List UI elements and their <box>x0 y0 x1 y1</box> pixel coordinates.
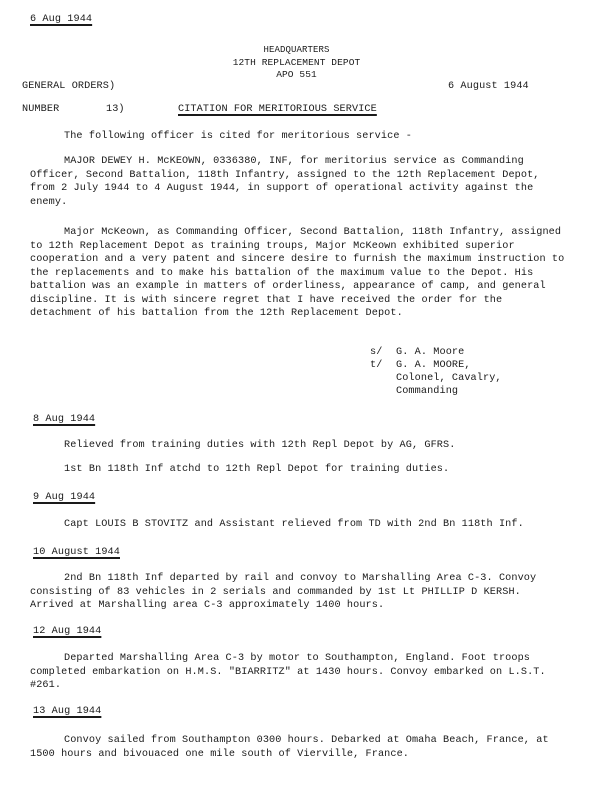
citation-paragraph-2: Major McKeown, as Commanding Officer, Se… <box>30 226 570 321</box>
citation-intro: The following officer is cited for merit… <box>64 131 412 142</box>
entry-10-aug-paragraph: 2nd Bn 118th Inf departed by rail and co… <box>30 572 570 613</box>
typed-name: G. A. MOORE, <box>396 359 471 372</box>
entry-date-9-aug: 9 Aug 1944 <box>33 492 95 503</box>
general-orders-label: GENERAL ORDERS) <box>22 81 115 92</box>
hq-line-1: HEADQUARTERS <box>0 45 593 55</box>
number-value: 13) <box>106 104 125 115</box>
typed-prefix: t/ <box>370 359 382 372</box>
signed-name: G. A. Moore <box>396 346 464 359</box>
entry-9-aug-line-1: Capt LOUIS B STOVITZ and Assistant relie… <box>64 519 524 530</box>
entry-date-10-aug: 10 August 1944 <box>33 547 120 558</box>
citation-paragraph-1: MAJOR DEWEY H. McKEOWN, 0336380, INF, fo… <box>30 155 570 209</box>
entry-date-6-aug: 6 Aug 1944 <box>30 14 92 25</box>
entry-8-aug-line-1: Relieved from training duties with 12th … <box>64 440 455 451</box>
entry-12-aug-paragraph: Departed Marshalling Area C-3 by motor t… <box>30 652 570 693</box>
hq-line-2: 12TH REPLACEMENT DEPOT <box>0 57 593 68</box>
number-label: NUMBER <box>22 104 59 115</box>
entry-date-13-aug: 13 Aug 1944 <box>33 706 101 717</box>
order-date: 6 August 1944 <box>448 81 529 92</box>
entry-date-8-aug: 8 Aug 1944 <box>33 414 95 425</box>
hq-line-3: APO 551 <box>0 69 593 80</box>
entry-13-aug-paragraph: Convoy sailed from Southampton 0300 hour… <box>30 734 570 761</box>
entry-date-12-aug: 12 Aug 1944 <box>33 626 101 637</box>
signed-prefix: s/ <box>370 346 382 359</box>
citation-title: CITATION FOR MERITORIOUS SERVICE <box>178 104 377 115</box>
signer-role: Commanding <box>396 385 458 398</box>
signer-rank: Colonel, Cavalry, <box>396 372 502 385</box>
entry-8-aug-line-2: 1st Bn 118th Inf atchd to 12th Repl Depo… <box>64 464 449 475</box>
